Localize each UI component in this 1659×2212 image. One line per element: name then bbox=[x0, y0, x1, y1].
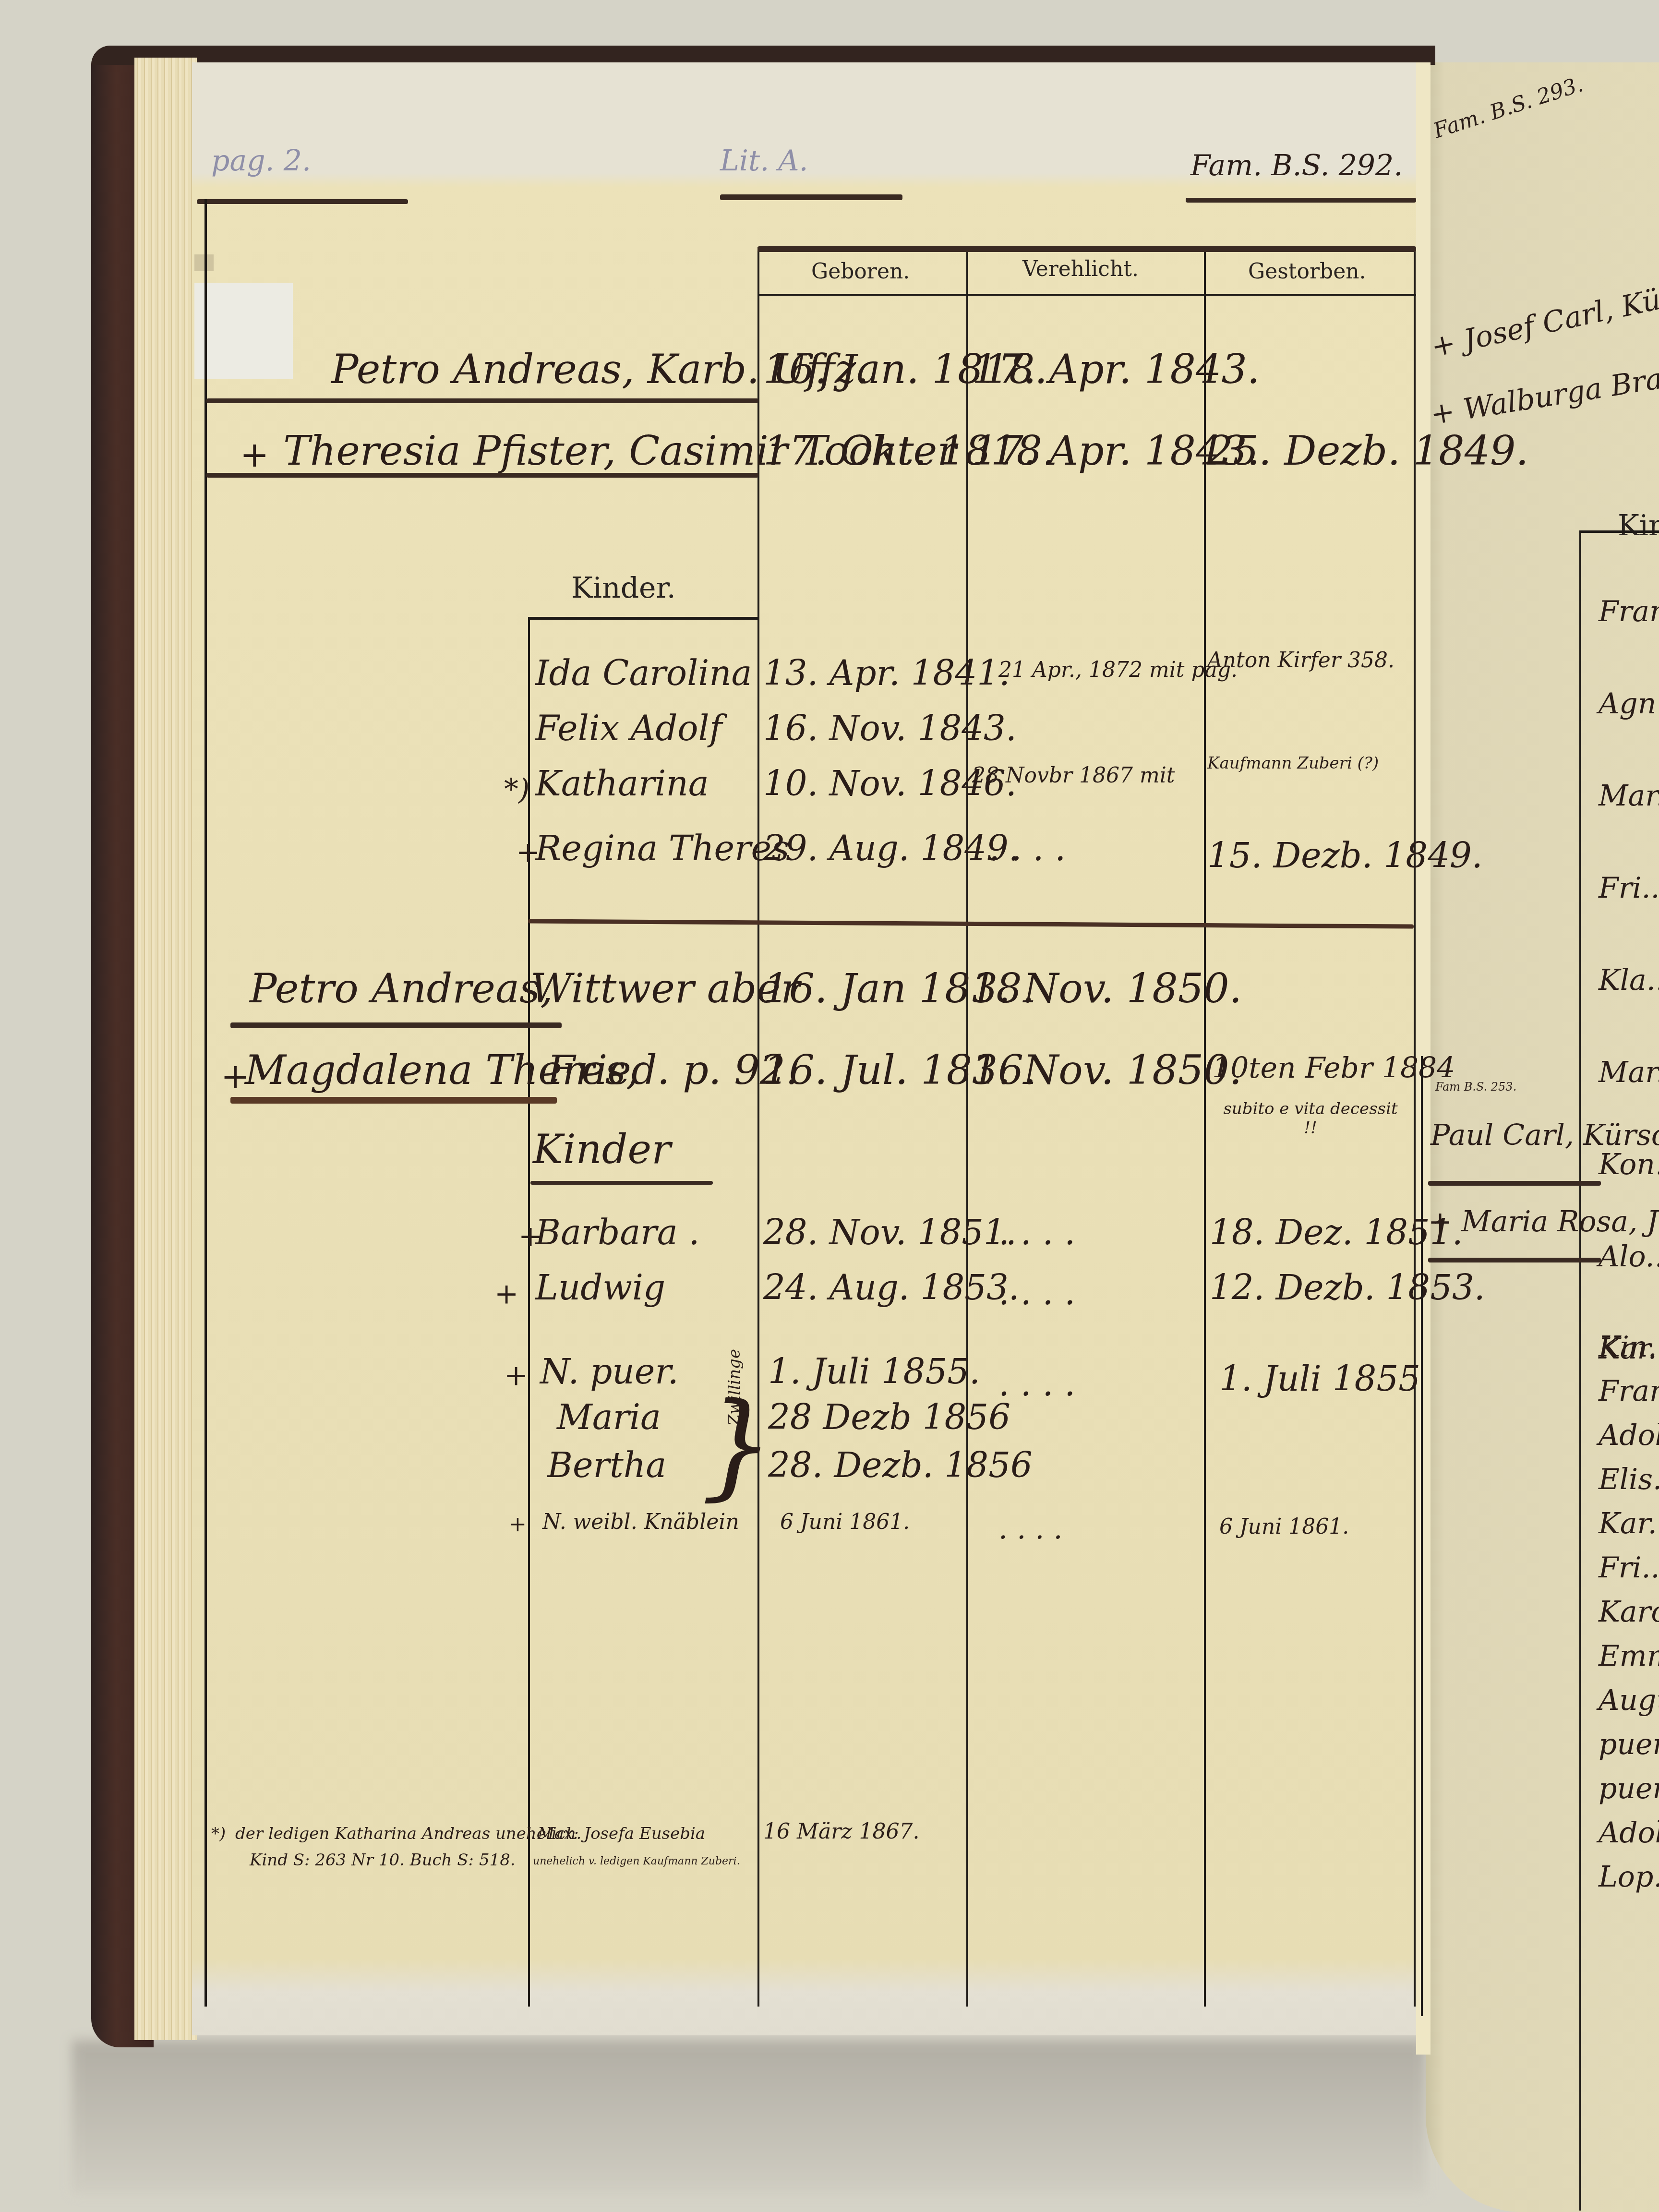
table-shadow bbox=[72, 2040, 1426, 2194]
child-name: Maria bbox=[557, 1397, 661, 1437]
child-died: 1. Juli 1855 bbox=[1219, 1358, 1420, 1399]
rule bbox=[197, 199, 408, 204]
list-item: puer... bbox=[1599, 1772, 1659, 1805]
right-side-ref: Fam B.S. 253. bbox=[1435, 1080, 1516, 1094]
footnote-child-note: unehelich v. ledigen Kaufmann Zuberi. bbox=[533, 1855, 740, 1867]
list-item: Kon... bbox=[1599, 1148, 1659, 1181]
children-label: Kinder. bbox=[571, 571, 676, 605]
child-died: Kaufmann Zuberi (?) bbox=[1207, 754, 1379, 773]
list-item: Kla... bbox=[1599, 963, 1659, 997]
list-item: Elis... bbox=[1599, 1463, 1659, 1496]
page-ref: pag. 2. bbox=[211, 144, 311, 178]
child-married: . . . . bbox=[998, 1212, 1075, 1252]
footnote-line-1: der ledigen Katharina Andreas unehelich. bbox=[235, 1824, 581, 1843]
footnote-mark: *) bbox=[211, 1824, 226, 1843]
right-children: Fran... Agn... Mar... Fri... Kla... Mar.… bbox=[1599, 542, 1659, 1372]
child-born: 24. Aug. 1853. bbox=[763, 1267, 1020, 1308]
child-mark: *) bbox=[504, 773, 529, 806]
children2-label: Kinder bbox=[533, 1126, 671, 1173]
child-name: Bertha bbox=[547, 1445, 666, 1485]
paper-label-patch bbox=[194, 283, 293, 379]
child-married: 21 Apr., 1872 mit pag. bbox=[998, 658, 1238, 682]
center-ref: Lit. A. bbox=[720, 144, 808, 178]
child-name: Barbara . bbox=[535, 1212, 699, 1252]
wife2-died-note: subito e vita decessit !! bbox=[1214, 1099, 1407, 1138]
child-born: 28 Dezb 1856 bbox=[768, 1397, 1010, 1437]
children-box-left bbox=[528, 617, 530, 2007]
list-item: Karo... bbox=[1599, 1595, 1659, 1629]
rule bbox=[1186, 198, 1416, 203]
list-item: Mar... bbox=[1599, 779, 1659, 813]
list-item: Augu... bbox=[1599, 1683, 1659, 1717]
husband2-name: Petro Andreas, bbox=[250, 965, 553, 1012]
family-ref: Fam. B.S. 292. bbox=[1190, 149, 1403, 182]
wife2-note: Fried. p. 92. bbox=[547, 1046, 798, 1094]
col-line-married bbox=[966, 247, 968, 2007]
list-item: Fran... bbox=[1599, 595, 1659, 628]
child-born: 1. Juli 1855. bbox=[768, 1351, 980, 1392]
child-born: 28. Dezb. 1856 bbox=[768, 1445, 1033, 1485]
footnote-child-name: Max: Josefa Eusebia bbox=[538, 1824, 705, 1843]
right-second-wife: + Maria Rosa, Jos. Mars=... bbox=[1428, 1205, 1659, 1238]
child-died: 12. Dezb. 1853. bbox=[1210, 1267, 1485, 1308]
underline bbox=[530, 1181, 713, 1185]
child-died: 6 Juni 1861. bbox=[1219, 1515, 1349, 1539]
child-name: Felix Adolf bbox=[535, 708, 722, 748]
child-born: 13. Apr. 1841. bbox=[763, 653, 1010, 693]
list-item: Lop... bbox=[1599, 1860, 1659, 1894]
child-mark: + bbox=[504, 1358, 528, 1392]
child-died: 18. Dez. 1851. bbox=[1210, 1212, 1463, 1252]
wife2-died: 10ten Febr 1884 bbox=[1212, 1051, 1455, 1085]
child-name: N. weibl. Knäblein bbox=[542, 1510, 739, 1534]
children-box-top bbox=[528, 617, 758, 620]
child-died: 15. Dezb. 1849. bbox=[1207, 835, 1483, 876]
list-item: Fran... bbox=[1599, 1374, 1659, 1408]
list-item: Agn... bbox=[1599, 687, 1659, 721]
list-item: puer... bbox=[1599, 1728, 1659, 1761]
child-born: 6 Juni 1861. bbox=[780, 1510, 910, 1534]
child-name: Katharina bbox=[535, 763, 709, 804]
wife2-married: 3. Nov. 1850. bbox=[972, 1046, 1242, 1094]
book-cover-top bbox=[91, 46, 1435, 65]
list-item: Mar... bbox=[1599, 1056, 1659, 1089]
col-line-born bbox=[757, 247, 759, 2007]
child-born: 29. Aug. 1849. bbox=[763, 828, 1020, 868]
child-married: . . . . bbox=[998, 1272, 1075, 1312]
header-top-rule bbox=[757, 246, 1416, 252]
child-name: Ludwig bbox=[535, 1267, 665, 1308]
list-item: Adolf... bbox=[1599, 1816, 1659, 1850]
child-name: Regina Theres bbox=[535, 828, 789, 868]
right-children-label: Kin... bbox=[1618, 509, 1659, 542]
husband2-note: Wittwer aber bbox=[530, 965, 800, 1012]
right-box-top bbox=[1579, 530, 1659, 533]
list-item: Fri... bbox=[1599, 1551, 1659, 1585]
child-married: 28 Novbr 1867 mit bbox=[972, 763, 1175, 788]
rule bbox=[720, 194, 902, 200]
underline bbox=[1428, 1181, 1601, 1186]
child-died: Anton Kirfer 358. bbox=[1207, 648, 1409, 673]
list-item: Alo... bbox=[1599, 1240, 1659, 1274]
list-item: Kin... bbox=[1599, 1330, 1659, 1364]
row-rule bbox=[206, 473, 758, 478]
row-rule bbox=[206, 398, 758, 403]
underline bbox=[230, 1022, 562, 1028]
page-edges bbox=[134, 58, 197, 2040]
list-item: Adol... / Anna... bbox=[1599, 1419, 1659, 1452]
right-second-husband: Paul Carl, Kürschner, Sohn ... bbox=[1431, 1118, 1659, 1152]
right-second-children: Kin... Fran... Adol... / Anna... Elis...… bbox=[1599, 1325, 1659, 1899]
list-item: Kar... bbox=[1599, 1507, 1659, 1540]
husband-married: 17. Apr. 1843. bbox=[972, 346, 1260, 393]
child-mark: + bbox=[494, 1277, 518, 1310]
list-item: Fri... bbox=[1599, 871, 1659, 905]
twin-brace-icon: } bbox=[701, 1387, 774, 1503]
footnote-born: 16 März 1867. bbox=[763, 1819, 919, 1844]
child-married: . . . . bbox=[989, 828, 1066, 868]
underline bbox=[1428, 1258, 1601, 1262]
list-item: Emma... / Mar... bbox=[1599, 1639, 1659, 1673]
wife-died: 25. Dezb. 1849. bbox=[1207, 427, 1528, 474]
col-header-born: Geboren. bbox=[811, 259, 910, 284]
underline bbox=[230, 1097, 557, 1104]
husband2-married: 3. Nov. 1850. bbox=[972, 965, 1242, 1012]
wife-mark: + bbox=[240, 434, 269, 475]
child-born: 28. Nov. 1851. bbox=[763, 1212, 1017, 1252]
col-header-died: Gestorben. bbox=[1248, 259, 1366, 284]
child-mark: + bbox=[509, 1512, 527, 1537]
right-col-line bbox=[1421, 1056, 1423, 2016]
page-tab bbox=[194, 254, 214, 271]
child-name: N. puer. bbox=[540, 1351, 679, 1392]
table-right-border bbox=[1414, 247, 1416, 2007]
right-box-left bbox=[1579, 530, 1581, 2211]
footnote-line-2: Kind S: 263 Nr 10. Buch S: 518. bbox=[250, 1851, 516, 1870]
table-left-border bbox=[204, 199, 207, 2007]
col-line-died bbox=[1204, 247, 1206, 2007]
col-header-married: Verehlicht. bbox=[1022, 257, 1139, 281]
child-name: Ida Carolina bbox=[535, 653, 752, 693]
child-born: 16. Nov. 1843. bbox=[763, 708, 1017, 748]
child-married: . . . . bbox=[998, 1512, 1063, 1546]
header-bottom-rule bbox=[757, 294, 1416, 296]
